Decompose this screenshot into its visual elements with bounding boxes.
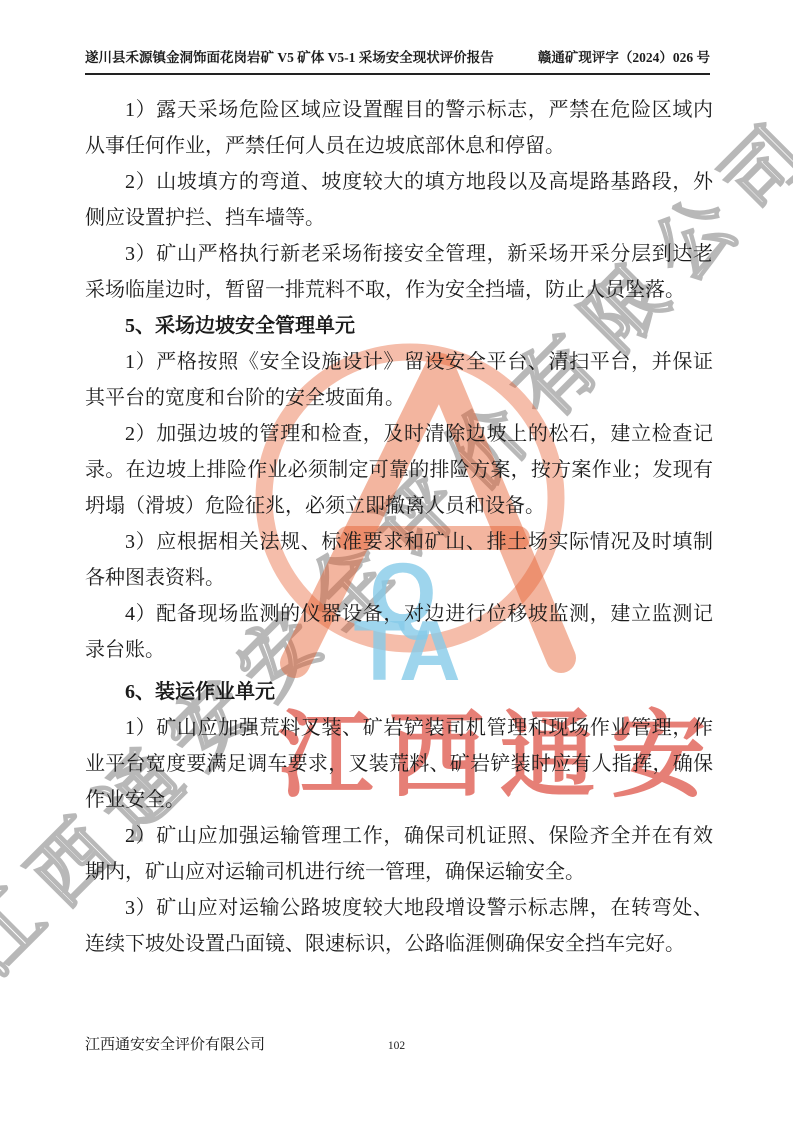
body-paragraph: 1）严格按照《安全设施设计》留设安全平台、清扫平台，并保证其平台的宽度和台阶的安… bbox=[85, 344, 713, 416]
body-paragraph: 1）露天采场危险区域应设置醒目的警示标志，严禁在危险区域内从事任何作业，严禁任何… bbox=[85, 92, 713, 164]
document-page: 江西通安安全评价有限公司 Q TA 江西通安 遂川县禾源镇金洞饰面花岗岩矿 V5… bbox=[0, 0, 793, 1122]
content-layer: 遂川县禾源镇金洞饰面花岗岩矿 V5 矿体 V5-1 采场安全现状评价报告 赣通矿… bbox=[0, 0, 793, 1122]
section-heading-5: 5、采场边坡安全管理单元 bbox=[85, 308, 713, 344]
header-doc-number: 赣通矿现评字（2024）026 号 bbox=[538, 50, 710, 66]
header-title: 遂川县禾源镇金洞饰面花岗岩矿 V5 矿体 V5-1 采场安全现状评价报告 bbox=[85, 50, 494, 66]
body-paragraph: 3）应根据相关法规、标准要求和矿山、排土场实际情况及时填制各种图表资料。 bbox=[85, 524, 713, 596]
body-paragraph: 1）矿山应加强荒料叉装、矿岩铲装司机管理和现场作业管理，作业平台宽度要满足调车要… bbox=[85, 710, 713, 818]
body-paragraph: 2）山坡填方的弯道、坡度较大的填方地段以及高堤路基路段，外侧应设置护拦、挡车墙等… bbox=[85, 164, 713, 236]
body-paragraph: 2）矿山应加强运输管理工作，确保司机证照、保险齐全并在有效期内，矿山应对运输司机… bbox=[85, 818, 713, 890]
body-paragraph: 2）加强边坡的管理和检查，及时清除边坡上的松石，建立检查记录。在边坡上排险作业必… bbox=[85, 416, 713, 524]
body-paragraph: 3）矿山严格执行新老采场衔接安全管理，新采场开采分层到达老采场临崖边时，暂留一排… bbox=[85, 236, 713, 308]
body-paragraph: 3）矿山应对运输公路坡度较大地段增设警示标志牌，在转弯处、连续下坡处设置凸面镜、… bbox=[85, 890, 713, 962]
document-body: 1）露天采场危险区域应设置醒目的警示标志，严禁在危险区域内从事任何作业，严禁任何… bbox=[85, 92, 713, 962]
section-heading-6: 6、装运作业单元 bbox=[85, 674, 713, 710]
page-header: 遂川县禾源镇金洞饰面花岗岩矿 V5 矿体 V5-1 采场安全现状评价报告 赣通矿… bbox=[85, 50, 710, 75]
body-paragraph: 4）配备现场监测的仪器设备，对边进行位移坡监测，建立监测记录台账。 bbox=[85, 596, 713, 668]
footer-page-number: 102 bbox=[0, 1040, 793, 1052]
